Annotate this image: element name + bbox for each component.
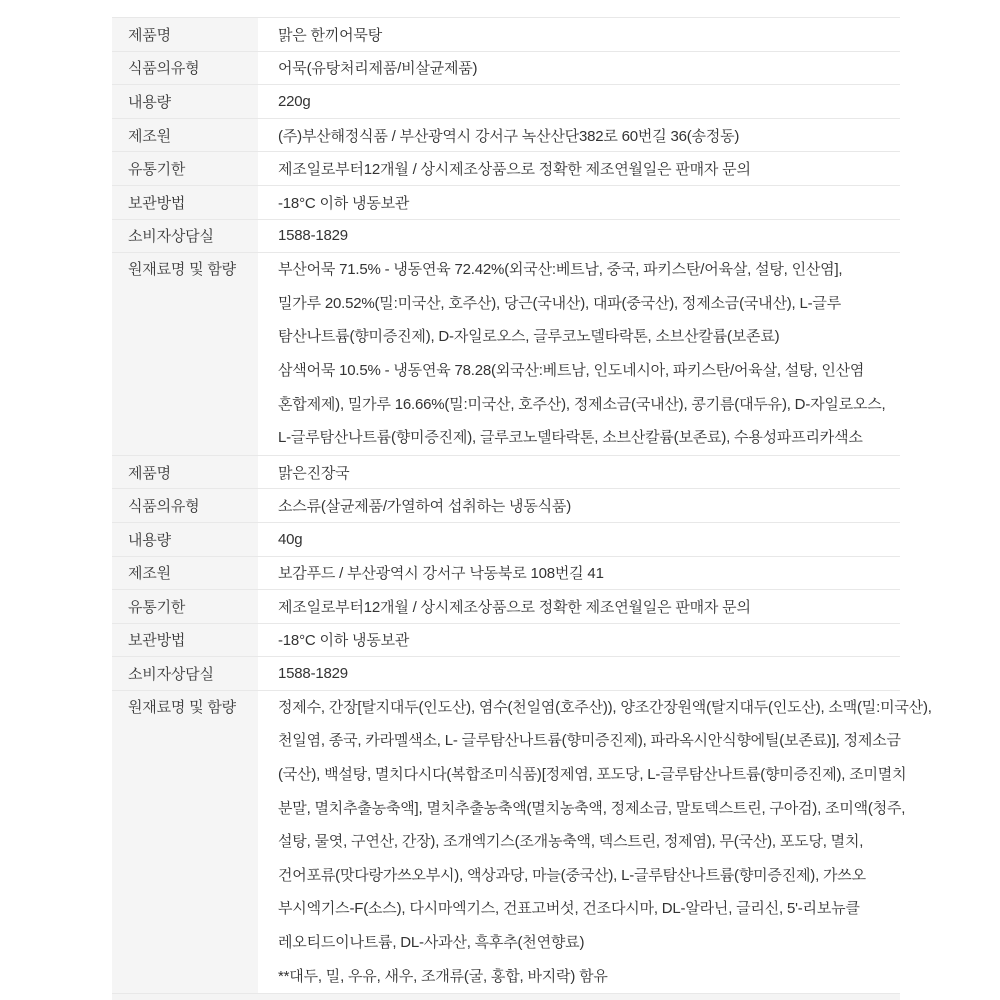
next-row-partial xyxy=(112,993,900,1000)
row-value: 어묵(유탕처리제품/비살균제품) xyxy=(258,52,900,85)
ingredient-line: L-글루탐산나트륨(향미증진제), 글루코노델타락톤, 소브산칼륨(보존료), … xyxy=(278,421,900,455)
row-value: 소스류(살균제품/가열하여 섭취하는 냉동식품) xyxy=(258,489,900,522)
row-label: 유통기한 xyxy=(112,590,258,623)
row-value: 제조일로부터12개월 / 상시제조상품으로 정확한 제조연월일은 판매자 문의 xyxy=(258,152,900,185)
product-info-table-2: 제품명 맑은진장국 식품의유형 소스류(살균제품/가열하여 섭취하는 냉동식품)… xyxy=(112,455,900,994)
ingredient-line: **대두, 밀, 우유, 새우, 조개류(굴, 홍합, 바지락) 함유 xyxy=(278,960,932,994)
row-label: 제조원 xyxy=(112,557,258,590)
ingredient-line: 레오티드이나트륨, DL-사과산, 흑후추(천연향료) xyxy=(278,926,932,960)
ingredient-line: 혼합제제), 밀가루 16.66%(밀:미국산, 호주산), 정제소금(국내산)… xyxy=(278,388,900,422)
row-label: 원재료명 및 함량 xyxy=(112,691,258,993)
row-value: 1588-1829 xyxy=(258,220,900,253)
row-value: 220g xyxy=(258,85,900,118)
row-label: 유통기한 xyxy=(112,152,258,185)
ingredient-line: 밀가루 20.52%(밀:미국산, 호주산), 당근(국내산), 대파(중국산)… xyxy=(278,287,900,321)
table-row: 유통기한 제조일로부터12개월 / 상시제조상품으로 정확한 제조연월일은 판매… xyxy=(112,151,900,185)
row-value: 부산어묵 71.5% - 냉동연육 72.42%(외국산:베트남, 중국, 파키… xyxy=(258,253,900,455)
row-value: 40g xyxy=(258,523,900,556)
ingredient-line: 분말, 멸치추출농축액], 멸치추출농축액(멸치농축액, 정제소금, 말토덱스트… xyxy=(278,792,932,826)
row-value: (주)부산해정식품 / 부산광역시 강서구 녹산산단382로 60번길 36(송… xyxy=(258,119,900,152)
row-label: 보관방법 xyxy=(112,624,258,657)
row-value: 맑은진장국 xyxy=(258,456,900,489)
table-row: 내용량 220g xyxy=(112,84,900,118)
row-label: 원재료명 및 함량 xyxy=(112,253,258,455)
table-row: 식품의유형 어묵(유탕처리제품/비살균제품) xyxy=(112,51,900,85)
table-row: 제조원 (주)부산해정식품 / 부산광역시 강서구 녹산산단382로 60번길 … xyxy=(112,118,900,152)
row-value: -18°C 이하 냉동보관 xyxy=(258,186,900,219)
table-row: 보관방법 -18°C 이하 냉동보관 xyxy=(112,185,900,219)
table-row: 유통기한 제조일로부터12개월 / 상시제조상품으로 정확한 제조연월일은 판매… xyxy=(112,589,900,623)
ingredient-line: 부시엑기스-F(소스), 다시마엑기스, 건표고버섯, 건조다시마, DL-알라… xyxy=(278,892,932,926)
row-value: 정제수, 간장[탈지대두(인도산), 염수(천일염(호주산)), 양조간장원액(… xyxy=(258,691,932,993)
ingredient-line: 건어포류(맛다랑가쓰오부시), 액상과당, 마늘(중국산), L-글루탐산나트륨… xyxy=(278,859,932,893)
ingredient-line: 설탕, 물엿, 구연산, 간장), 조개엑기스(조개농축액, 덱스트린, 정제염… xyxy=(278,825,932,859)
row-label: 식품의유형 xyxy=(112,489,258,522)
table-row: 원재료명 및 함량 부산어묵 71.5% - 냉동연육 72.42%(외국산:베… xyxy=(112,252,900,455)
product-detail-page: 제품명 맑은 한끼어묵탕 식품의유형 어묵(유탕처리제품/비살균제품) 내용량 … xyxy=(0,0,1000,1000)
row-value: -18°C 이하 냉동보관 xyxy=(258,624,900,657)
row-label: 내용량 xyxy=(112,523,258,556)
ingredient-line: (국산), 백설탕, 멸치다시다(복합조미식품)[정제염, 포도당, L-글루탐… xyxy=(278,758,932,792)
row-value: 맑은 한끼어묵탕 xyxy=(258,18,900,51)
table-row: 식품의유형 소스류(살균제품/가열하여 섭취하는 냉동식품) xyxy=(112,488,900,522)
ingredient-line: 부산어묵 71.5% - 냉동연육 72.42%(외국산:베트남, 중국, 파키… xyxy=(278,253,900,287)
row-label: 내용량 xyxy=(112,85,258,118)
table-row: 내용량 40g xyxy=(112,522,900,556)
tables-container: 제품명 맑은 한끼어묵탕 식품의유형 어묵(유탕처리제품/비살균제품) 내용량 … xyxy=(112,17,900,1000)
table-row: 소비자상담실 1588-1829 xyxy=(112,219,900,253)
row-value: 보감푸드 / 부산광역시 강서구 낙동북로 108번길 41 xyxy=(258,557,900,590)
table-row: 보관방법 -18°C 이하 냉동보관 xyxy=(112,623,900,657)
row-label: 소비자상담실 xyxy=(112,657,258,690)
table-row: 제품명 맑은 한끼어묵탕 xyxy=(112,17,900,51)
row-label: 제품명 xyxy=(112,456,258,489)
table-row: 제조원 보감푸드 / 부산광역시 강서구 낙동북로 108번길 41 xyxy=(112,556,900,590)
row-value: 1588-1829 xyxy=(258,657,900,690)
ingredient-line: 천일염, 종국, 카라멜색소, L- 글루탐산나트륨(향미증진제), 파라옥시안… xyxy=(278,724,932,758)
row-label: 제조원 xyxy=(112,119,258,152)
row-label: 제품명 xyxy=(112,18,258,51)
table-row: 제품명 맑은진장국 xyxy=(112,455,900,489)
product-info-table-1: 제품명 맑은 한끼어묵탕 식품의유형 어묵(유탕처리제품/비살균제품) 내용량 … xyxy=(112,17,900,455)
row-label: 보관방법 xyxy=(112,186,258,219)
ingredient-line: 정제수, 간장[탈지대두(인도산), 염수(천일염(호주산)), 양조간장원액(… xyxy=(278,691,932,725)
row-value: 제조일로부터12개월 / 상시제조상품으로 정확한 제조연월일은 판매자 문의 xyxy=(258,590,900,623)
row-label: 식품의유형 xyxy=(112,52,258,85)
table-row: 원재료명 및 함량 정제수, 간장[탈지대두(인도산), 염수(천일염(호주산)… xyxy=(112,690,900,993)
ingredient-line: 삼색어묵 10.5% - 냉동연육 78.28(외국산:베트남, 인도네시아, … xyxy=(278,354,900,388)
ingredient-line: 탐산나트륨(향미증진제), D-자일로오스, 글루코노델타락톤, 소브산칼륨(보… xyxy=(278,320,900,354)
row-label: 소비자상담실 xyxy=(112,220,258,253)
table-row: 소비자상담실 1588-1829 xyxy=(112,656,900,690)
